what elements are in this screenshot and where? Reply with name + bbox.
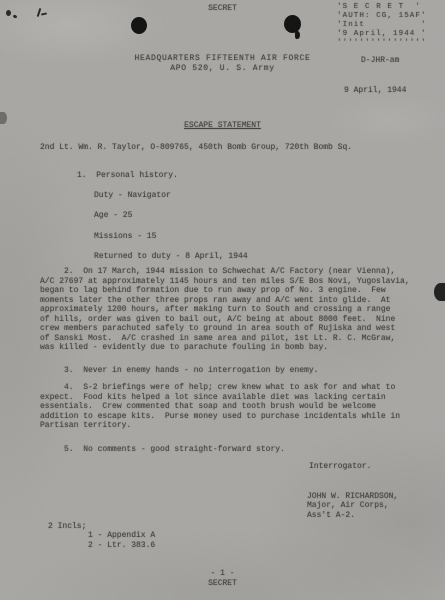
scanned-document-page: SECRET 'S E C R E T ' 'AUTH: CG, 15AF' '… — [0, 0, 445, 600]
security-stamp: 'S E C R E T ' 'AUTH: CG, 15AF' 'Init ' … — [337, 3, 427, 48]
classification-footer: SECRET — [0, 579, 445, 589]
enclosure-list: 1 - Appendix A 2 - Ltr. 383.6 — [88, 531, 155, 550]
personal-history-heading: 1. Personal history. — [77, 171, 178, 181]
personal-history-list: Duty - Navigator Age - 25 Missions - 15 … — [94, 186, 248, 267]
document-title: ESCAPE STATEMENT — [0, 121, 445, 131]
reference-code: D-JHR-am — [361, 56, 399, 66]
punch-hole-left — [131, 17, 147, 34]
pen-mark-dot — [6, 10, 11, 16]
paragraph-2: 2. On 17 March, 1944 mission to Schwecha… — [40, 267, 410, 353]
punch-hole-right-tail — [295, 31, 300, 39]
subject-line: 2nd Lt. Wm. R. Taylor, O-809765, 450th B… — [40, 143, 352, 153]
signature-block: JOHN W. RICHARDSON, Major, Air Corps, As… — [307, 492, 398, 520]
enclosures-heading: 2 Incls; — [48, 522, 86, 532]
smudge-left-edge — [0, 112, 7, 124]
paragraph-5: 5. No comments - good straight-forward s… — [40, 445, 285, 455]
paragraph-3: 3. Never in enemy hands - no interrogati… — [40, 366, 318, 376]
document-date: 9 April, 1944 — [344, 86, 406, 96]
paragraph-4: 4. S-2 briefings were of help; crew knew… — [40, 383, 400, 431]
ink-blot-right-edge — [434, 283, 445, 301]
page-number: - 1 - — [0, 569, 445, 579]
interrogator-label: Interrogator. — [309, 462, 371, 472]
